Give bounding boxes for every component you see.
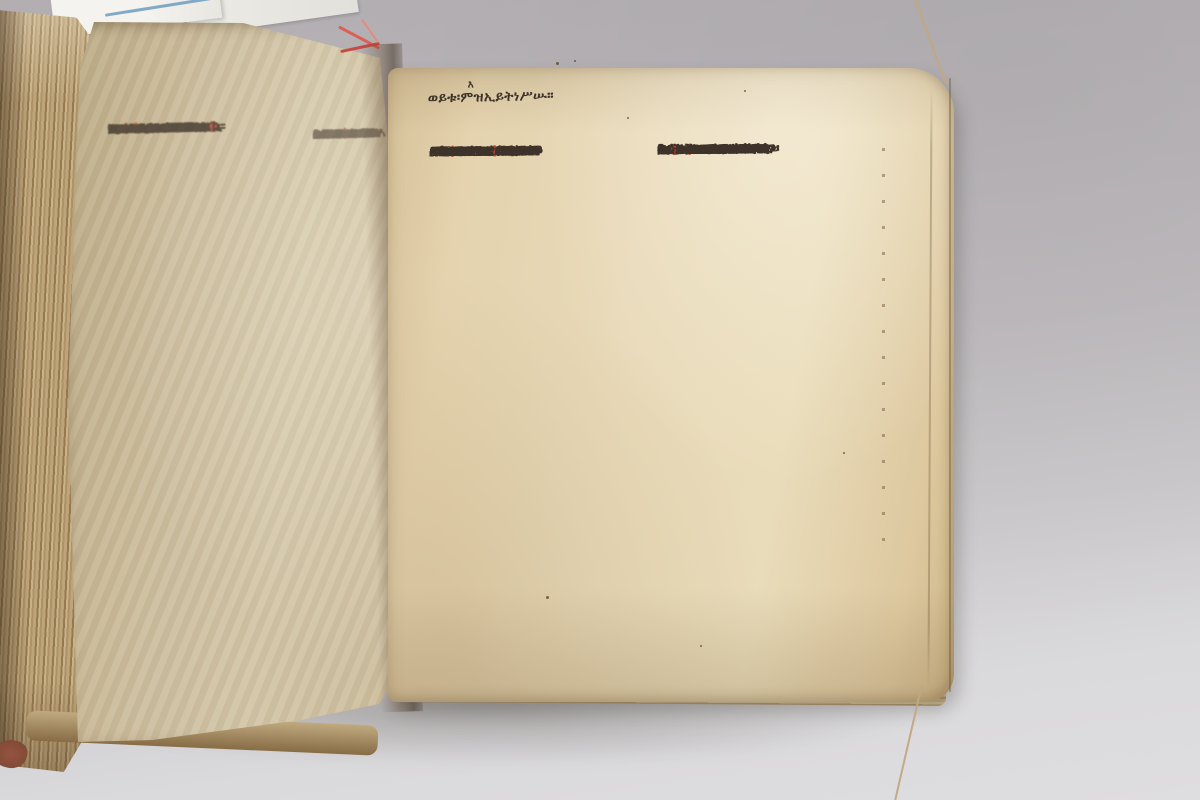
- stain-speck: [556, 62, 559, 65]
- right-page-column-2: ባይዕወሰበ፡አእመረ፡ካዕበ፡ከመ፡ኢይክል፡ልሕኮት፡ተሐውዖ፡ወኢነቢበ፡…: [657, 135, 887, 553]
- stain-speck: [843, 452, 845, 454]
- stain-speck: [574, 60, 576, 62]
- text-line: እስመ፡እምአፉሁ፡ለእ: [657, 136, 769, 163]
- stain-speck: [744, 90, 746, 92]
- stain-speck: [627, 117, 629, 119]
- right-page-column-1: ዕ፡ቆስሐ፡ርቡጠ፡ምለለ፡ይቡኅ፡ወውዑይ፡ምክለ፡ቁሪር፡ዘኢይትረዓይ፡ም…: [429, 137, 657, 555]
- left-page-column-1: ኪእዝሙ፡ለዘይርሒ፡እሳታውያን፡እምጣርማሁ፡ወያንበዕብሎመባርቅት፡እም…: [108, 112, 329, 546]
- stain-speck: [546, 596, 549, 599]
- header-text: ወይቱ፡ምዝኢይትነሥሡ።: [428, 88, 554, 107]
- card-blue-line: [105, 0, 216, 17]
- manuscript-photo: ኪእዝሙ፡ለዘይርሒ፡እሳታውያን፡እምጣርማሁ፡ወያንበዕብሎመባርቅት፡እም…: [0, 0, 1200, 800]
- page-header-title: እ ወይቱ፡ምዝኢይትነሥሡ።: [428, 86, 648, 113]
- text-line: ኀበ፡ዕፌን፡መልክተ፡በ: [108, 114, 216, 143]
- stain-speck: [700, 645, 702, 647]
- text-line: ጽሔኒሁ፡ለፊት፡በፀጠ: [429, 138, 541, 165]
